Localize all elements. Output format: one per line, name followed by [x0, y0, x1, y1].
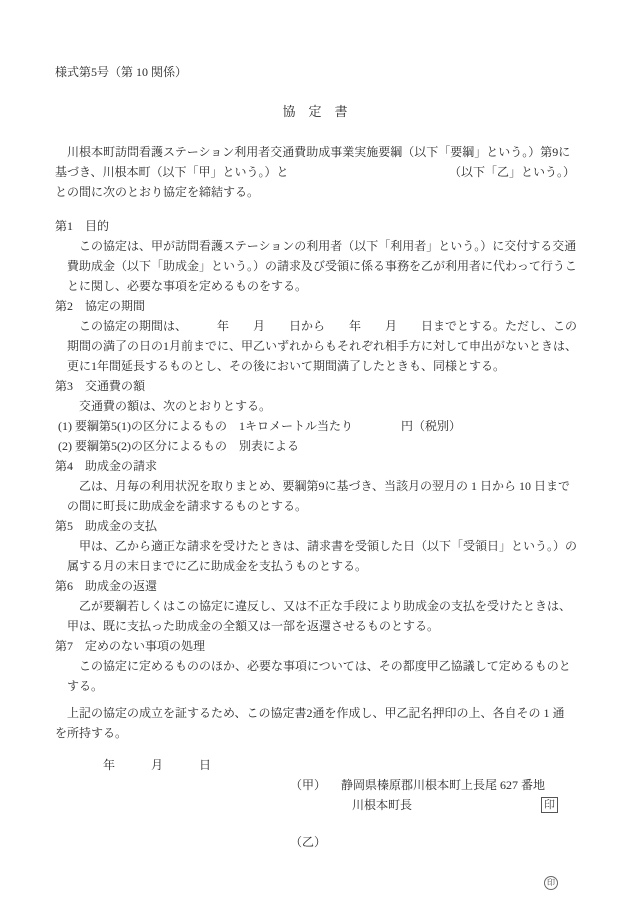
article-line: 甲は、乙から適正な請求を受けたときは、請求書を受領した日（以下「受領日」という。…	[55, 536, 575, 556]
closing-line: を所持する。	[55, 723, 575, 743]
party-b-row: （乙）	[55, 832, 575, 852]
preamble-line: との間に次のとおり協定を締結する。	[55, 182, 575, 202]
article-heading: 第7 定めのない事項の処理	[55, 636, 575, 656]
article-line: 更に1年間延長するものとし、その後において期間満了したときも、同様とする。	[55, 356, 575, 376]
article-heading: 第3 交通費の額	[55, 376, 575, 396]
party-b-seal-mark: 印	[544, 876, 558, 890]
date-line: 年 月 日	[55, 755, 575, 775]
article-line: 乙は、月毎の利用状況を取りまとめ、要綱第9に基づき、当該月の翌月の 1 日から …	[55, 476, 575, 496]
articles-section: 第1 目的 この協定は、甲が訪問看護ステーションの利用者（以下「利用者」という。…	[55, 216, 575, 696]
article-line: 期間の満了の日の1月前までに、甲乙いずれからもそれぞれ相手方に対して申出がないと…	[55, 336, 575, 356]
closing-paragraph: 上記の協定の成立を証するため、この協定書2通を作成し、甲乙記名押印の上、各自その…	[55, 703, 575, 743]
preamble: 川根本町訪問看護ステーション利用者交通費助成事業実施要綱（以下「要綱」という。）…	[55, 142, 575, 202]
article-heading: 第1 目的	[55, 216, 575, 236]
closing-line: 上記の協定の成立を証するため、この協定書2通を作成し、甲乙記名押印の上、各自その…	[55, 703, 575, 723]
preamble-line: 川根本町訪問看護ステーション利用者交通費助成事業実施要綱（以下「要綱」という。）…	[55, 142, 575, 162]
article-line: この協定の期間は、 年 月 日から 年 月 日までとする。ただし、この	[55, 316, 575, 336]
party-b-seal-row: 印	[55, 852, 575, 872]
article-line: する。	[55, 676, 575, 696]
party-a-row: （甲） 静岡県榛原郡川根本町上長尾 627 番地	[55, 775, 575, 795]
article-line: 乙が要綱若しくはこの協定に違反し、又は不正な手段により助成金の支払を受けたときは…	[55, 596, 575, 616]
article-line: とに関し、必要な事項を定めるものをする。	[55, 276, 575, 296]
party-a-label: （甲）	[290, 775, 326, 795]
party-a-seal-mark: 印	[541, 797, 558, 813]
document-page: 様式第5号（第 10 関係） 協 定 書 川根本町訪問看護ステーション利用者交通…	[0, 0, 630, 915]
preamble-line-left: 基づき、川根本町（以下「甲」という。）と	[55, 162, 289, 182]
article-line: 費助成金（以下「助成金」という。）の請求及び受領に係る事務を乙が利用者に代わって…	[55, 256, 575, 276]
party-a-name-row: 川根本町長 印	[55, 795, 575, 815]
article-heading: 第2 協定の期間	[55, 296, 575, 316]
article-line: この協定は、甲が訪問看護ステーションの利用者（以下「利用者」という。）に交付する…	[55, 236, 575, 256]
party-a-name: 川根本町長	[352, 795, 412, 815]
article-line: (1) 要綱第5(1)の区分によるもの 1キロメートル当たり 円（税別）	[55, 416, 575, 436]
document-title: 協 定 書	[55, 102, 575, 122]
form-number: 様式第5号（第 10 関係）	[55, 62, 575, 82]
article-line: 甲は、既に支払った助成金の全額又は一部を返還させるものとする。	[55, 616, 575, 636]
party-b-label: （乙）	[290, 832, 326, 852]
article-heading: 第4 助成金の請求	[55, 456, 575, 476]
article-line: 属する月の末日までに乙に助成金を支払うものとする。	[55, 556, 575, 576]
preamble-line-right: （以下「乙」という。）	[449, 162, 575, 182]
party-a-address: 静岡県榛原郡川根本町上長尾 627 番地	[341, 775, 545, 795]
article-line: の間に町長に助成金を請求するものとする。	[55, 496, 575, 516]
article-heading: 第5 助成金の支払	[55, 516, 575, 536]
preamble-line-with-blank: 基づき、川根本町（以下「甲」という。）と （以下「乙」という。）	[55, 162, 575, 182]
article-line: 交通費の額は、次のとおりとする。	[55, 396, 575, 416]
signature-block: （甲） 静岡県榛原郡川根本町上長尾 627 番地 川根本町長 印 （乙） 印	[55, 775, 575, 872]
article-line: (2) 要綱第5(2)の区分によるもの 別表による	[55, 436, 575, 456]
article-heading: 第6 助成金の返還	[55, 576, 575, 596]
article-line: この協定に定めるもののほか、必要な事項については、その都度甲乙協議して定めるもの…	[55, 656, 575, 676]
